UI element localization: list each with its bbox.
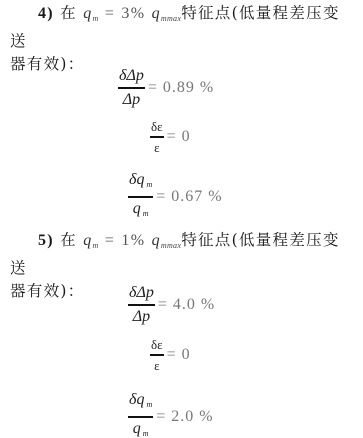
denominator: qm	[132, 419, 150, 438]
var-sub: m	[93, 241, 99, 250]
var-q: q	[83, 232, 92, 249]
equation-result: = 0.89 %	[148, 79, 214, 97]
fraction: δε ε	[150, 118, 164, 156]
numerator: δΔp	[128, 283, 155, 303]
var-q: q	[83, 5, 92, 22]
fraction-bar	[150, 136, 164, 138]
fraction: δε ε	[150, 336, 164, 374]
numerator: δΔp	[118, 66, 145, 86]
percent-value: 3%	[121, 5, 145, 22]
numerator: δqm	[128, 390, 153, 415]
fraction-bar	[128, 304, 155, 306]
denominator: ε	[153, 139, 160, 156]
equals-sign: =	[105, 232, 115, 249]
fraction-bar	[128, 196, 153, 198]
fraction: δΔp Δp	[128, 283, 155, 327]
equation-qm: δqm qm = 2.0 %	[128, 390, 214, 438]
fraction: δqm qm	[128, 390, 153, 438]
var-sub-max: mmax	[161, 241, 181, 250]
equation-result: = 0.67 %	[156, 188, 222, 206]
item-number: 4)	[38, 5, 54, 22]
denominator: Δp	[132, 307, 151, 327]
fraction-bar	[118, 87, 145, 89]
numerator: δqm	[128, 170, 153, 195]
var-sub-max: mmax	[161, 14, 181, 23]
var-q-max: q	[152, 232, 161, 249]
fraction-bar	[128, 416, 153, 418]
var-sub: m	[93, 14, 99, 23]
numerator: δε	[150, 336, 164, 353]
heading-text-line2: 器有效)：	[10, 282, 85, 300]
equation-qm: δqm qm = 0.67 %	[128, 170, 223, 224]
fraction-bar	[150, 354, 164, 356]
equation-result: = 4.0 %	[158, 296, 215, 314]
denominator: ε	[153, 357, 160, 374]
equation-result: = 0	[167, 346, 191, 364]
heading-text-line2: 器有效)：	[10, 55, 85, 73]
var-q-max: q	[152, 5, 161, 22]
fraction: δΔp Δp	[118, 66, 145, 110]
prefix-text: 在	[60, 4, 77, 22]
prefix-text: 在	[60, 231, 77, 249]
numerator: δε	[150, 118, 164, 135]
fraction: δqm qm	[128, 170, 153, 224]
equals-sign: =	[105, 5, 115, 22]
denominator: Δp	[122, 90, 141, 110]
item-number: 5)	[38, 232, 54, 249]
percent-value: 1%	[121, 232, 145, 249]
equation-result: = 2.0 %	[156, 408, 213, 426]
equation-delta-p: δΔp Δp = 4.0 %	[128, 283, 215, 327]
equation-epsilon: δε ε = 0	[150, 336, 191, 374]
section-4-heading: 4) 在 qm = 3% qmmax特征点(低量程差压变送 器有效)：	[10, 2, 350, 76]
equation-result: = 0	[167, 128, 191, 146]
denominator: qm	[132, 199, 150, 224]
equation-epsilon: δε ε = 0	[150, 118, 191, 156]
equation-delta-p: δΔp Δp = 0.89 %	[118, 66, 214, 110]
